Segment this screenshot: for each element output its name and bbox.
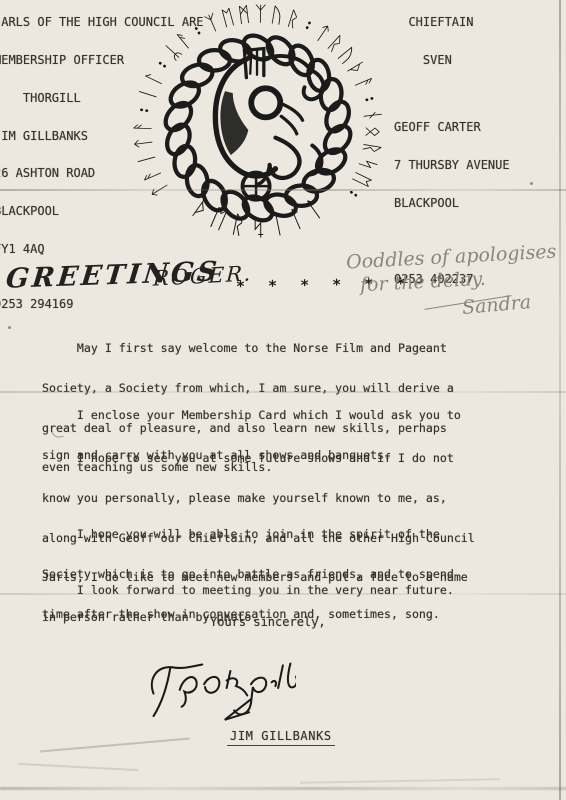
chieftain-street: 7 THURSBY AVENUE: [394, 159, 510, 172]
fold-crease: [0, 593, 566, 595]
paragraph-look-forward: I look forward to meeting you in the ver…: [42, 558, 542, 611]
fold-crease: [0, 391, 566, 393]
clipped-chieftain-title: CHIEFTAIN: [394, 16, 510, 29]
body-line: I hope to see you at some future shows a…: [42, 452, 542, 465]
scanned-letter-page: { "letterhead": { "left": { "clipped_top…: [0, 0, 566, 800]
pencil-note-signature: Sandra: [461, 291, 532, 319]
ink-speck: [8, 326, 11, 329]
fold-crease: [0, 189, 566, 191]
body-line: May I first say welcome to the Norse Fil…: [42, 342, 542, 355]
scan-edge-line: [559, 0, 561, 800]
thorgill-signature: [146, 642, 296, 732]
chieftain-norse-name: SVEN: [394, 54, 510, 67]
valediction: Yours sincerely,: [210, 616, 326, 629]
scan-smudge: [40, 737, 190, 752]
norse-society-seal: ᛏᚨᛁᛏᚨ᛬ᛁᛚ᛬ᛦᚨ᛬ᛉᛖᛗᛉᚢᚱ᛬ᛏᚱᚢᚦᚨ᛬ᚾᛟᚱᛋᛖ᛬ᚠᛁᛚᛗ ᚦᛖᚱᛪ…: [132, 2, 384, 254]
body-line: I hope you will be able to join in the s…: [42, 528, 542, 541]
body-line: I look forward to meeting you in the ver…: [42, 584, 542, 597]
scan-smudge: [300, 778, 500, 783]
chieftain-town: BLACKPOOL: [394, 197, 510, 210]
body-line: I enclose your Membership Card which I w…: [42, 409, 542, 422]
chieftain-name: GEOFF CARTER: [394, 121, 510, 134]
ink-speck: [40, 252, 43, 255]
sender-phone: 0253 294169: [0, 298, 204, 311]
fold-crease: [0, 787, 566, 790]
typed-sender-name: JIM GILLBANKS: [227, 730, 335, 746]
ink-speck: [530, 182, 533, 185]
scan-smudge: [18, 763, 138, 771]
